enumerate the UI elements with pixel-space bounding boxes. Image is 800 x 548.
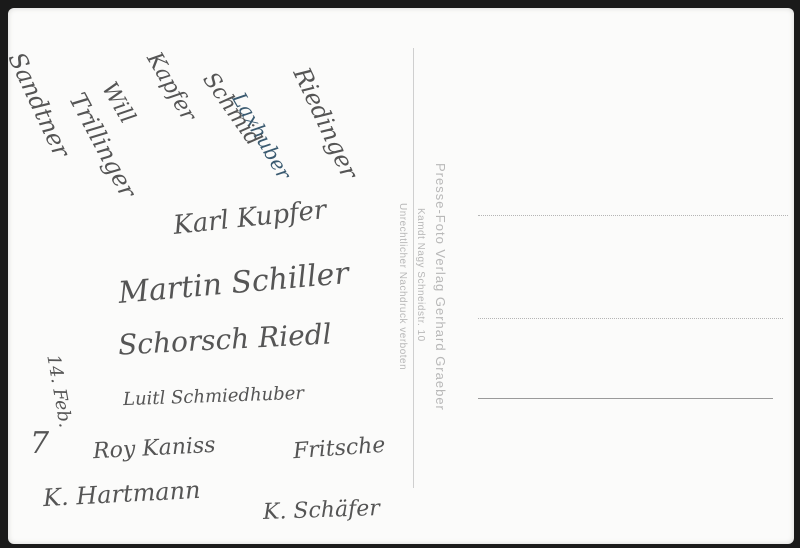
center-divider — [413, 48, 414, 488]
address-line-3 — [478, 398, 773, 399]
signature: Karl Kupfer — [172, 195, 328, 241]
signature: Luitl Schmiedhuber — [123, 383, 305, 410]
postcard-back: Presse-Foto Verlag Gerhard Graeber Kamdt… — [8, 8, 794, 544]
number-note: 7 — [30, 426, 49, 461]
signature: Roy Kaniss — [92, 433, 216, 464]
address-line-1 — [478, 215, 788, 216]
signature: Martin Schiller — [117, 256, 350, 311]
signature: Riedinger — [288, 63, 364, 183]
signature: K. Hartmann — [42, 476, 201, 512]
copyright-imprint: Unrechtlicher Nachdruck verboten — [397, 203, 408, 370]
publisher-imprint: Presse-Foto Verlag Gerhard Graeber — [433, 163, 448, 411]
signature: Kapfer — [141, 48, 200, 126]
date-note: 14. Feb. — [42, 353, 75, 429]
address-imprint: Kamdt Nagy Schneidstr. 10 — [415, 208, 426, 342]
signature: K. Schäfer — [263, 496, 381, 525]
address-line-2 — [478, 318, 783, 319]
signature: Schorsch Riedl — [117, 317, 332, 361]
signature: Fritsche — [292, 433, 386, 464]
